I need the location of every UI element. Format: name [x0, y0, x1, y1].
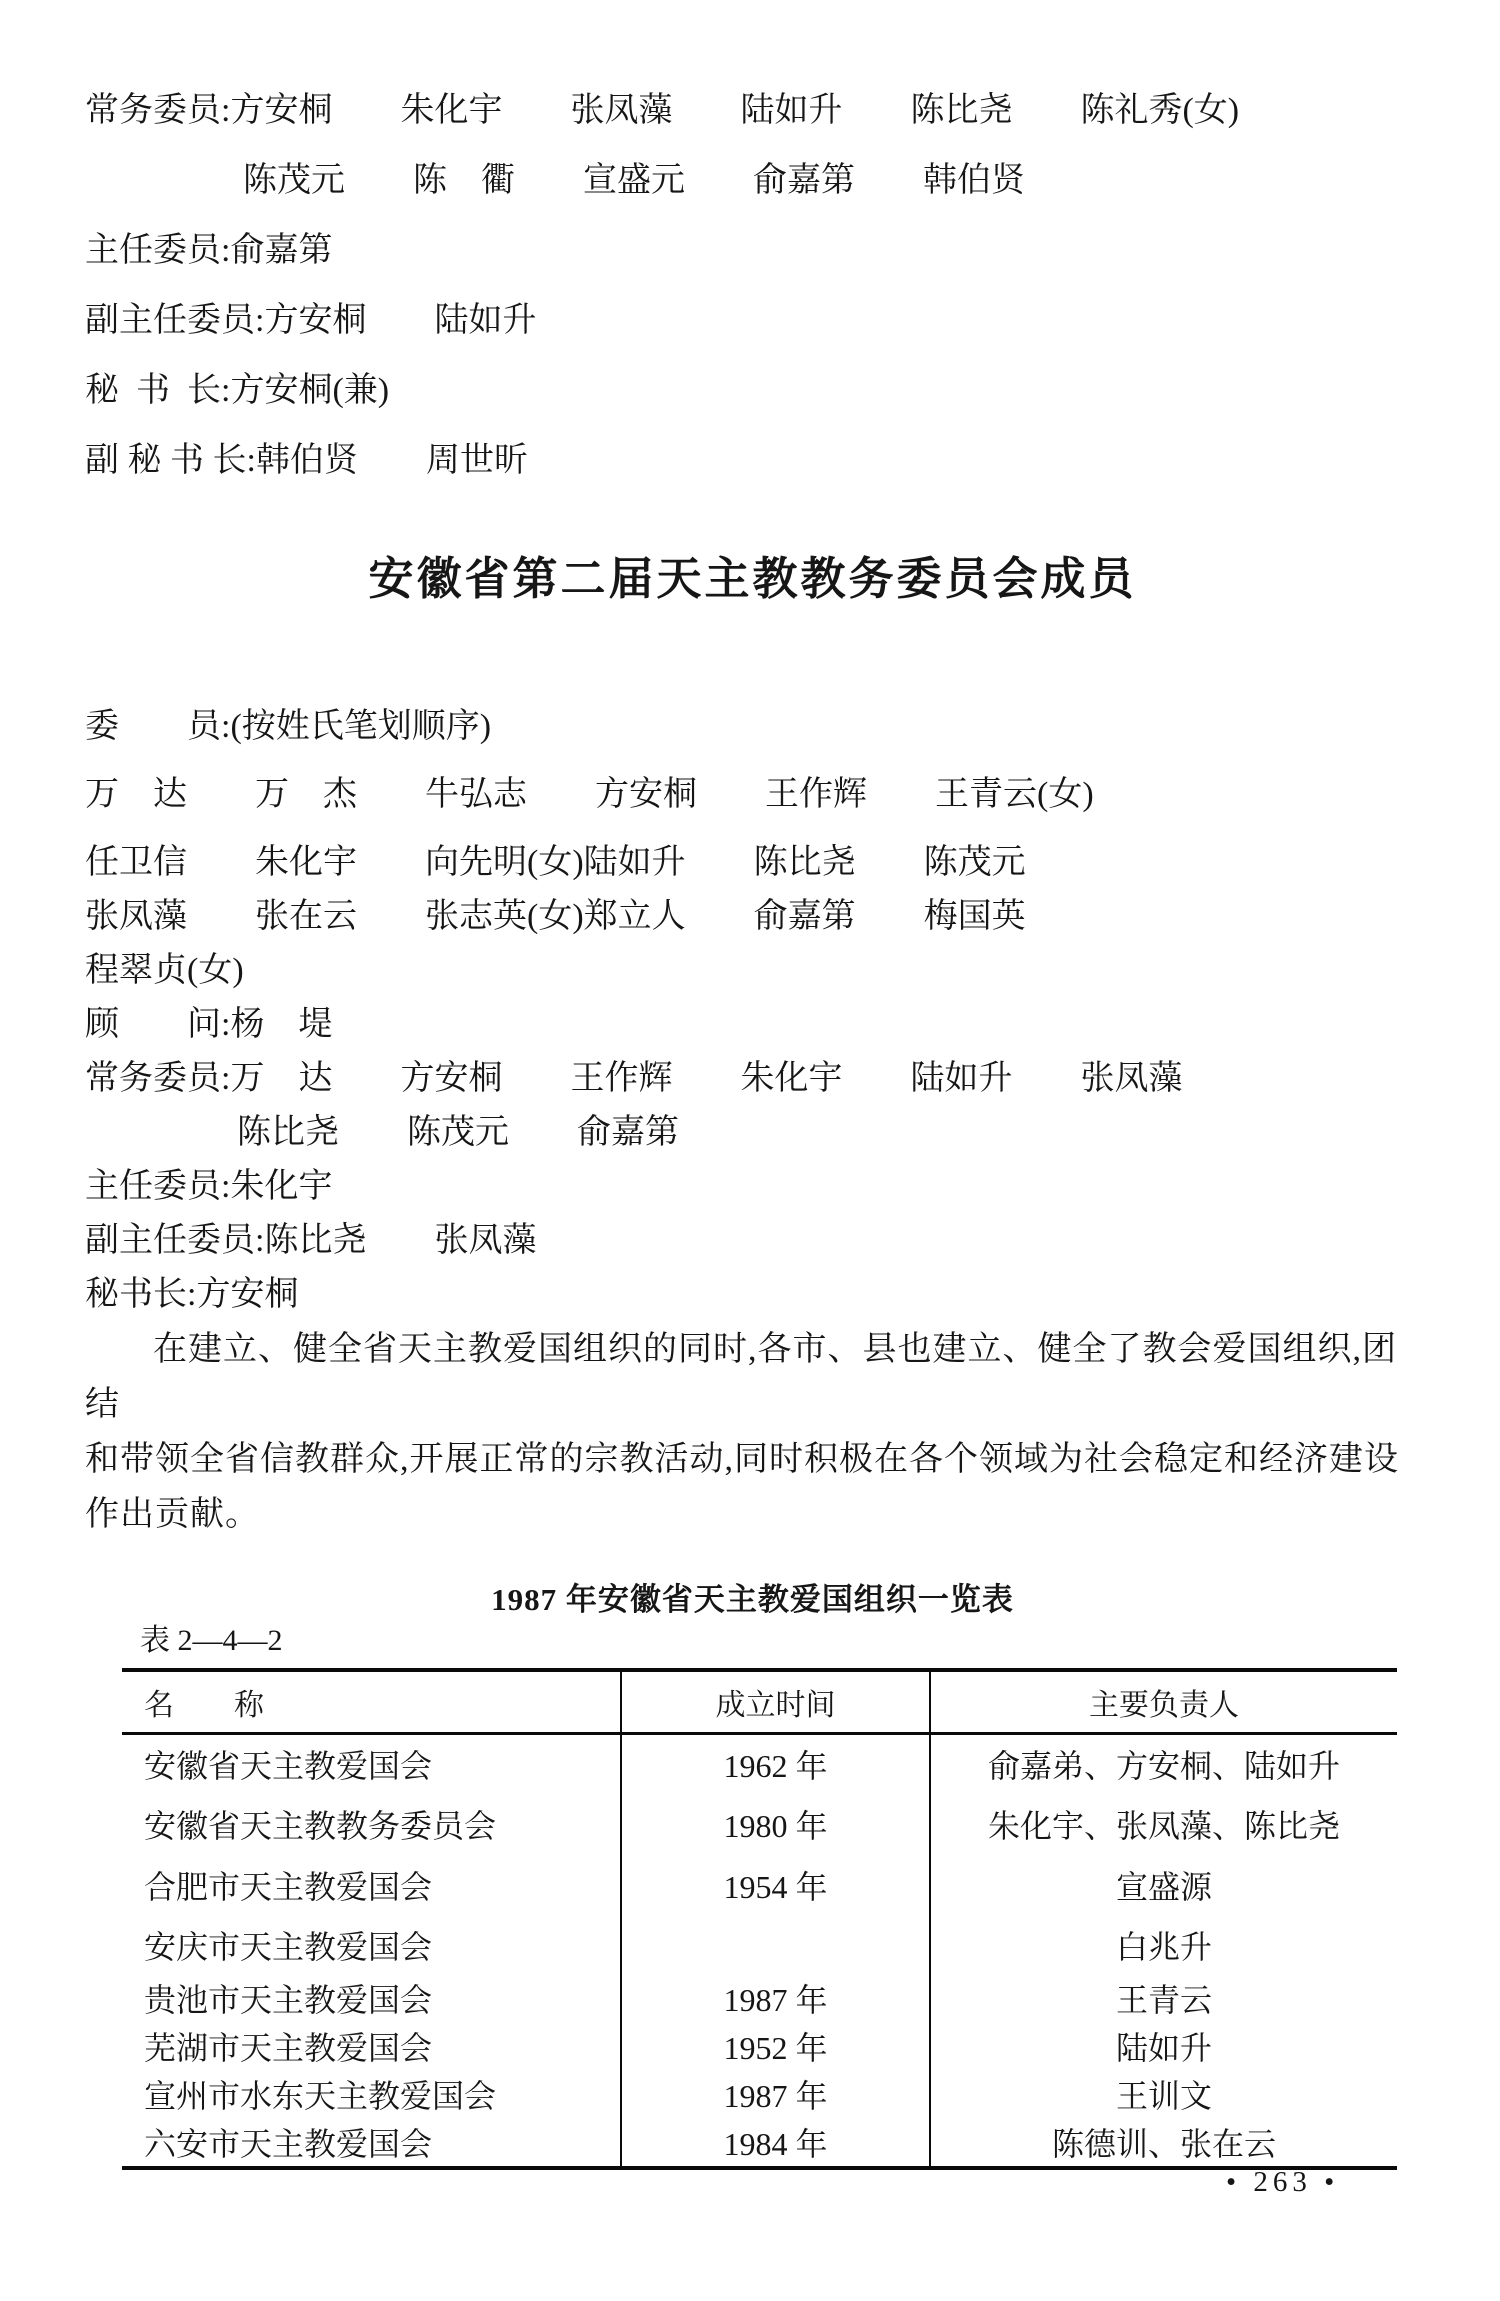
body-paragraph: 在建立、健全省天主教爱国组织的同时,各市、县也建立、健全了教会爱国组织,团结 和…	[85, 1322, 1420, 1542]
table-row: 合肥市天主教爱国会 1954 年 宣盛源	[122, 1854, 1397, 1916]
roster-line: 常务委员:万 达 方安桐 王作辉 朱化宇 陆如升 张凤藻	[85, 1052, 1420, 1106]
table-row: 六安市天主教爱国会 1984 年 陈德训、张在云	[122, 2118, 1397, 2168]
page-content: 常务委员:方安桐 朱化宇 张凤藻 陆如升 陈比尧 陈礼秀(女) 陈茂元 陈 衢 …	[0, 0, 1500, 2170]
org-name-cell: 安徽省天主教爱国会	[122, 1734, 621, 1794]
founded-cell: 1962 年	[621, 1734, 930, 1794]
org-name-cell: 合肥市天主教爱国会	[122, 1854, 621, 1916]
paragraph-line: 在建立、健全省天主教爱国组织的同时,各市、县也建立、健全了教会爱国组织,团结	[85, 1322, 1420, 1432]
roster-line: 秘书长:方安桐	[85, 1268, 1420, 1322]
roster-line: 万 达 万 杰 牛弘志 方安桐 王作辉 王青云(女)	[85, 768, 1420, 822]
page-number: • 263 •	[1226, 2166, 1339, 2199]
roster-line: 陈茂元 陈 衢 宣盛元 俞嘉第 韩伯贤	[85, 146, 1420, 216]
table-row: 安庆市天主教爱国会 白兆升	[122, 1916, 1397, 1974]
table-label: 表 2—4—2	[140, 1624, 1420, 1658]
table-row: 宣州市水东天主教爱国会 1987 年 王训文	[122, 2070, 1397, 2118]
table-title: 1987 年安徽省天主教爱国组织一览表	[85, 1582, 1420, 1618]
column-header-founded: 成立时间	[621, 1670, 930, 1734]
roster-line: 主任委员:俞嘉第	[85, 216, 1420, 286]
table-row: 贵池市天主教爱国会 1987 年 王青云	[122, 1974, 1397, 2022]
table-row: 安徽省天主教教务委员会 1980 年 朱化宇、张凤藻、陈比尧	[122, 1794, 1397, 1854]
founded-cell: 1980 年	[621, 1794, 930, 1854]
roster-line: 常务委员:方安桐 朱化宇 张凤藻 陆如升 陈比尧 陈礼秀(女)	[85, 76, 1420, 146]
committee1-roster: 常务委员:方安桐 朱化宇 张凤藻 陆如升 陈比尧 陈礼秀(女) 陈茂元 陈 衢 …	[85, 0, 1420, 496]
roster-line: 副 秘 书 长:韩伯贤 周世昕	[85, 426, 1420, 496]
roster-line: 顾 问:杨 堤	[85, 998, 1420, 1052]
principal-cell: 俞嘉弟、方安桐、陆如升	[930, 1734, 1397, 1794]
roster-line: 陈比尧 陈茂元 俞嘉第	[85, 1106, 1420, 1160]
roster-line: 张凤藻 张在云 张志英(女)郑立人 俞嘉第 梅国英	[85, 890, 1420, 944]
committee2-roster: 委 员:(按姓氏笔划顺序) 万 达 万 杰 牛弘志 方安桐 王作辉 王青云(女)…	[85, 606, 1420, 1322]
principal-cell: 白兆升	[930, 1916, 1397, 1974]
principal-cell: 王训文	[930, 2070, 1397, 2118]
org-name-cell: 贵池市天主教爱国会	[122, 1974, 621, 2022]
table-row: 芜湖市天主教爱国会 1952 年 陆如升	[122, 2022, 1397, 2070]
table-row: 安徽省天主教爱国会 1962 年 俞嘉弟、方安桐、陆如升	[122, 1734, 1397, 1794]
principal-cell: 陈德训、张在云	[930, 2118, 1397, 2168]
roster-line: 副主任委员:方安桐 陆如升	[85, 286, 1420, 356]
org-table: 名 称 成立时间 主要负责人 安徽省天主教爱国会 1962 年 俞嘉弟、方安桐、…	[122, 1668, 1397, 2170]
principal-cell: 陆如升	[930, 2022, 1397, 2070]
founded-cell: 1984 年	[621, 2118, 930, 2168]
document-page: 常务委员:方安桐 朱化宇 张凤藻 陆如升 陈比尧 陈礼秀(女) 陈茂元 陈 衢 …	[0, 0, 1500, 2301]
principal-cell: 宣盛源	[930, 1854, 1397, 1916]
founded-cell: 1954 年	[621, 1854, 930, 1916]
paragraph-line: 和带领全省信教群众,开展正常的宗教活动,同时积极在各个领域为社会稳定和经济建设	[85, 1432, 1420, 1487]
founded-cell: 1987 年	[621, 2070, 930, 2118]
paragraph-line: 作出贡献。	[85, 1487, 1420, 1542]
founded-cell: 1952 年	[621, 2022, 930, 2070]
principal-cell: 朱化宇、张凤藻、陈比尧	[930, 1794, 1397, 1854]
org-name-cell: 安庆市天主教爱国会	[122, 1916, 621, 1974]
principal-cell: 王青云	[930, 1974, 1397, 2022]
org-name-cell: 六安市天主教爱国会	[122, 2118, 621, 2168]
column-header-name: 名 称	[122, 1670, 621, 1734]
roster-line: 主任委员:朱化宇	[85, 1160, 1420, 1214]
roster-line: 程翠贞(女)	[85, 944, 1420, 998]
roster-line: 秘 书 长:方安桐(兼)	[85, 356, 1420, 426]
org-name-cell: 安徽省天主教教务委员会	[122, 1794, 621, 1854]
founded-cell: 1987 年	[621, 1974, 930, 2022]
org-name-cell: 芜湖市天主教爱国会	[122, 2022, 621, 2070]
roster-line: 任卫信 朱化宇 向先明(女)陆如升 陈比尧 陈茂元	[85, 836, 1420, 890]
org-name-cell: 宣州市水东天主教爱国会	[122, 2070, 621, 2118]
founded-cell	[621, 1916, 930, 1974]
roster-line: 副主任委员:陈比尧 张凤藻	[85, 1214, 1420, 1268]
section-heading: 安徽省第二届天主教教务委员会成员	[85, 552, 1420, 606]
column-header-principal: 主要负责人	[930, 1670, 1397, 1734]
table-header-row: 名 称 成立时间 主要负责人	[122, 1670, 1397, 1734]
roster-line: 委 员:(按姓氏笔划顺序)	[85, 700, 1420, 754]
